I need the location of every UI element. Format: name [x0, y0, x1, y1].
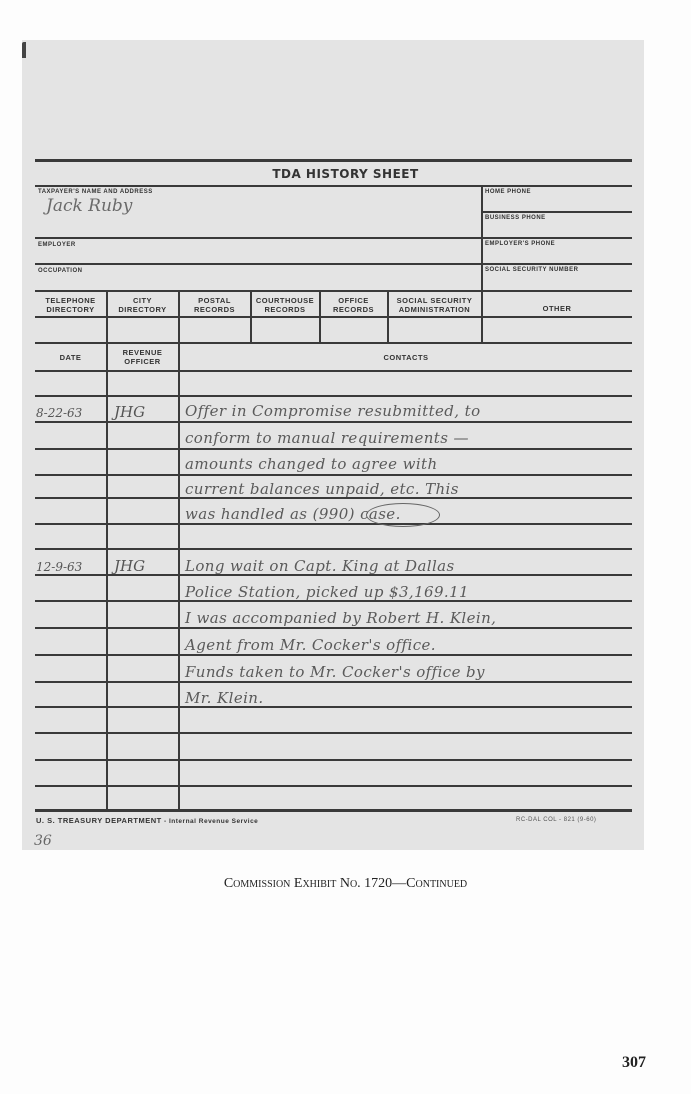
employers-phone-label: EMPLOYER'S PHONE	[485, 241, 555, 247]
rule	[35, 627, 632, 629]
entry-2-line-3: I was accompanied by Robert H. Klein,	[185, 609, 496, 627]
date-header: DATE	[35, 353, 106, 362]
revenue-officer-header: REVENUEOFFICER	[107, 348, 178, 366]
rule	[35, 342, 632, 344]
taxpayer-name-value: Jack Ruby	[46, 196, 132, 216]
entry-2-line-2: Police Station, picked up $3,169.11	[185, 583, 469, 601]
rule	[35, 732, 632, 734]
rule	[35, 548, 632, 550]
scan-corner-mark	[22, 42, 26, 58]
rule	[35, 474, 632, 476]
rule	[35, 523, 632, 525]
rule	[35, 263, 632, 265]
taxpayer-label: TAXPAYER'S NAME AND ADDRESS	[38, 189, 153, 195]
home-phone-label: HOME PHONE	[485, 189, 531, 195]
rule	[35, 237, 632, 239]
entry-2-officer: JHG	[114, 557, 145, 575]
contacts-header: CONTACTS	[180, 353, 632, 362]
entry-1-line-1: Offer in Compromise resubmitted, to	[185, 402, 481, 420]
rule	[35, 706, 632, 708]
circled-990-mark	[366, 503, 440, 527]
entry-2-line-5: Funds taken to Mr. Cocker's office by	[185, 663, 485, 681]
source-office-records: OFFICERECORDS	[320, 296, 387, 314]
source-telephone-directory: TELEPHONEDIRECTORY	[35, 296, 106, 314]
business-phone-label: BUSINESS PHONE	[485, 215, 546, 221]
rule	[35, 316, 632, 318]
entry-1-line-4: current balances unpaid, etc. This	[185, 480, 459, 498]
entry-2-line-1: Long wait on Capt. King at Dallas	[185, 557, 455, 575]
rule	[35, 370, 632, 372]
rule	[35, 448, 632, 450]
source-ssa: SOCIAL SECURITYADMINISTRATION	[388, 296, 481, 314]
ssn-label: SOCIAL SECURITY NUMBER	[485, 267, 578, 273]
rule	[35, 785, 632, 787]
form-footer-agency: U. S. TREASURY DEPARTMENT - Internal Rev…	[36, 816, 258, 825]
entry-1-line-2: conform to manual requirements —	[185, 429, 469, 447]
source-city-directory: CITYDIRECTORY	[107, 296, 178, 314]
entry-2-line-4: Agent from Mr. Cocker's office.	[185, 636, 436, 654]
entry-2-line-6: Mr. Klein.	[185, 689, 264, 707]
source-postal-records: POSTALRECORDS	[179, 296, 250, 314]
rule	[35, 290, 632, 292]
rule	[35, 759, 632, 761]
date-col-divider	[106, 342, 108, 810]
entry-2-date: 12-9-63	[36, 560, 82, 574]
entry-1-officer: JHG	[114, 403, 145, 421]
form-number: RC-DAL COL - 821 (9-60)	[516, 817, 596, 823]
rule	[35, 654, 632, 656]
employer-label: EMPLOYER	[38, 242, 76, 248]
entry-1-date: 8-22-63	[36, 406, 82, 420]
officer-col-divider	[178, 342, 180, 810]
rule	[35, 421, 632, 423]
col-divider	[481, 290, 483, 343]
entry-1-line-3: amounts changed to agree with	[185, 455, 438, 473]
source-courthouse-records: COURTHOUSERECORDS	[251, 296, 319, 314]
top-rule	[35, 159, 632, 162]
rule	[481, 211, 632, 213]
margin-note: 36	[34, 833, 52, 849]
exhibit-caption: Commission Exhibit No. 1720—Continued	[0, 876, 691, 892]
page-number: 307	[622, 1054, 646, 1072]
bottom-rule	[35, 809, 632, 812]
rule	[35, 185, 632, 187]
rule	[35, 681, 632, 683]
rule	[35, 395, 632, 397]
occupation-label: OCCUPATION	[38, 268, 82, 274]
form-title: TDA HISTORY SHEET	[0, 167, 691, 181]
source-other: OTHER	[482, 304, 632, 313]
